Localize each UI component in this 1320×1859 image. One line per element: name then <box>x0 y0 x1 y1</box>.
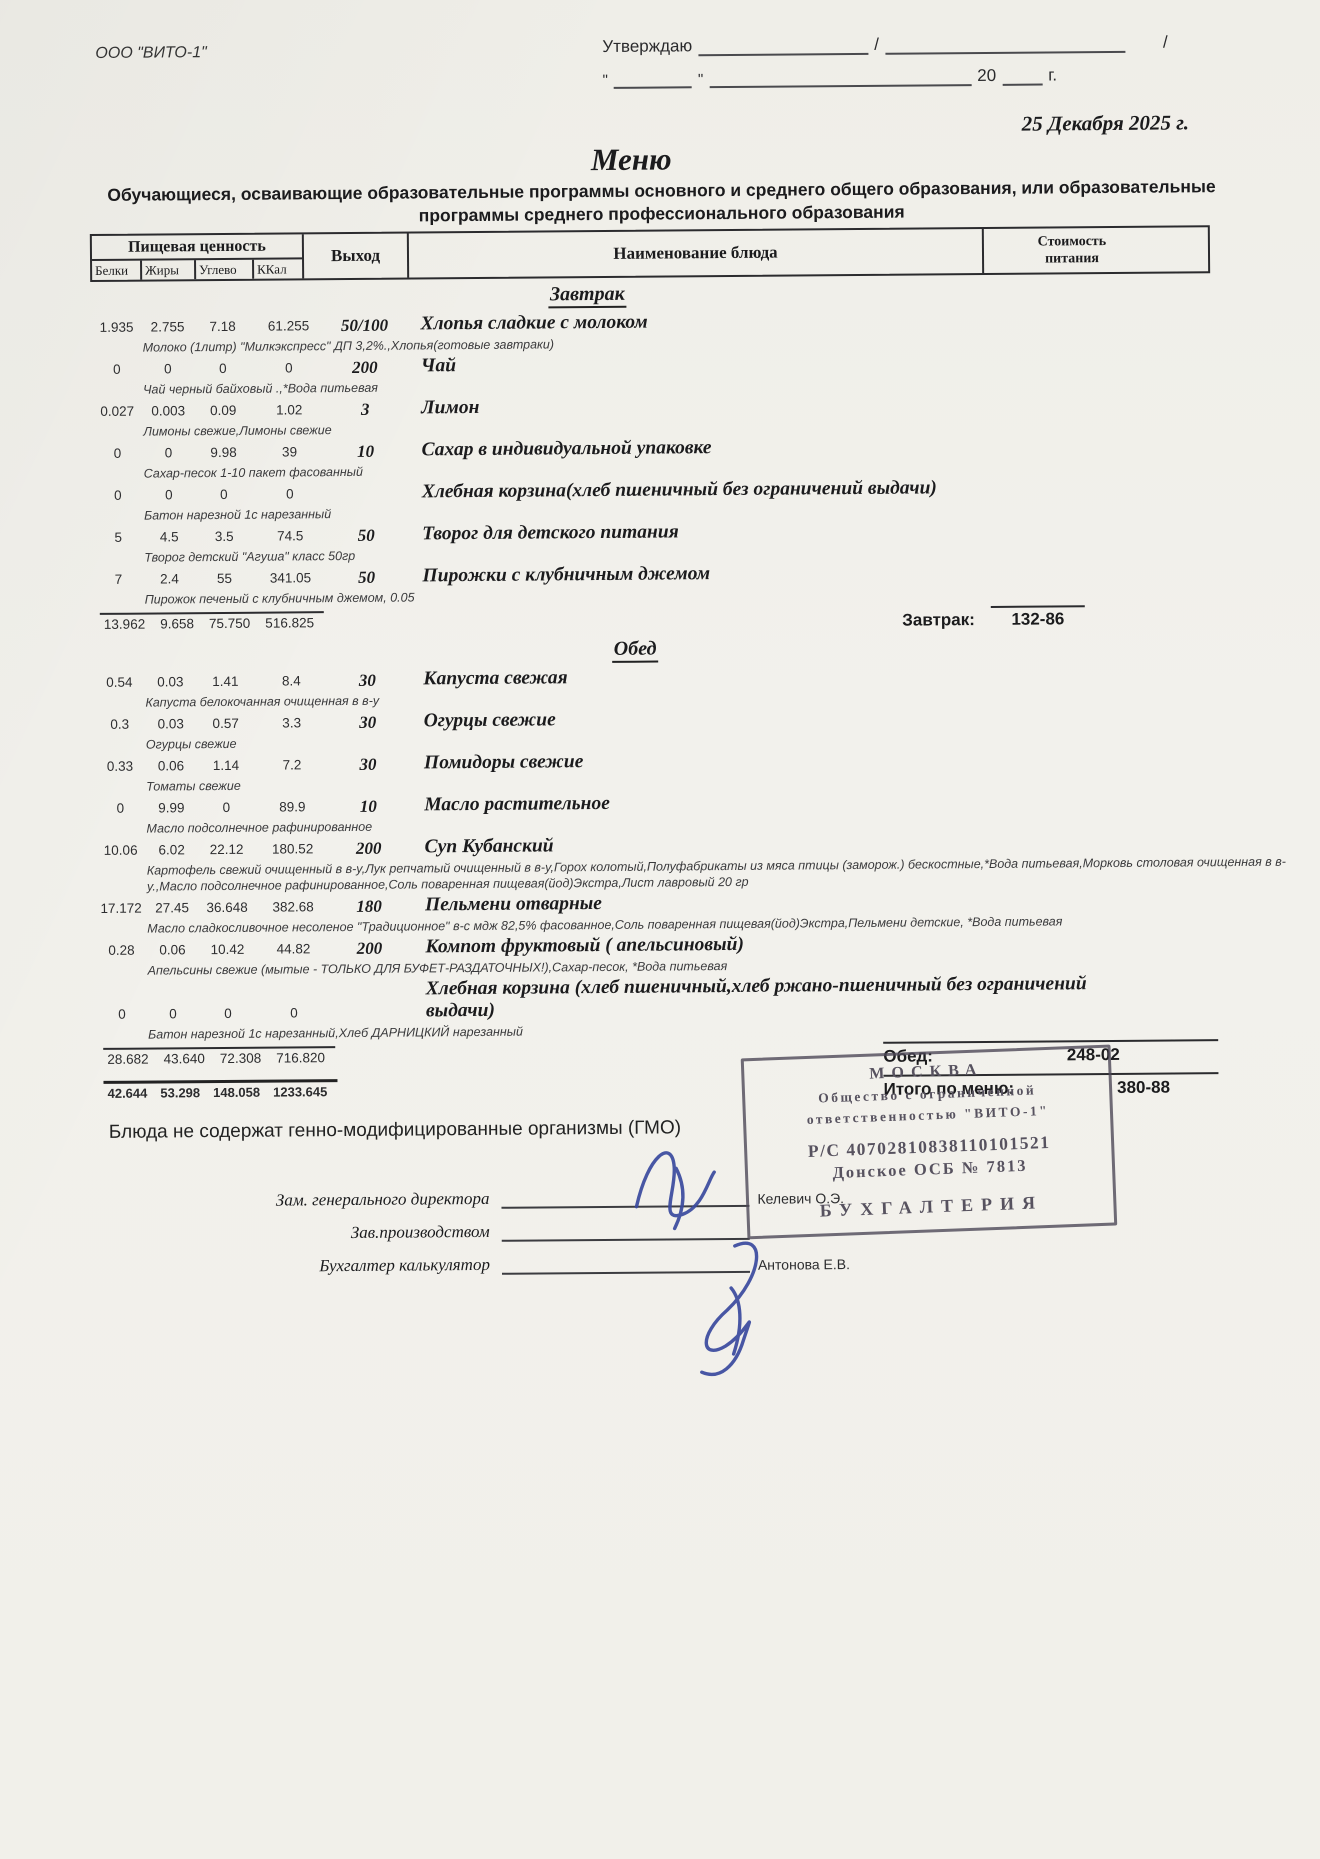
column-header-dish: Наименование блюда <box>409 229 984 278</box>
output-value: 3 <box>325 399 405 421</box>
year-prefix: 20 <box>977 66 996 86</box>
nutrition-fat-value: 2.4 <box>144 569 194 589</box>
blank-line <box>614 72 692 89</box>
nutrition-carb-value: 0 <box>194 485 254 505</box>
breakfast-totals: 13.962 9.658 75.750 516.825 <box>100 611 324 632</box>
nutrition-protein-value: 0 <box>96 1005 148 1025</box>
nutrition-carb-value: 22.12 <box>197 840 257 860</box>
approve-label: Утверждаю <box>602 36 692 57</box>
signature-label: Зав.производством <box>10 1222 502 1246</box>
nutrition-protein-value: 0.3 <box>94 715 146 735</box>
grand-totals: 42.644 53.298 148.058 1233.645 <box>103 1079 337 1101</box>
nutrition-carb-value: 0 <box>193 359 253 379</box>
nutrition-fat-value: 0.03 <box>146 714 196 734</box>
nutrition-kcal-value: 61.255 <box>252 316 324 337</box>
nutrition-protein-value: 0.28 <box>95 941 147 961</box>
top-band: ООО "ВИТО-1" Утверждаю / / " " 20 г. <box>0 0 1320 94</box>
output-value: 200 <box>329 938 409 960</box>
scanned-menu-page: ООО "ВИТО-1" Утверждаю / / " " 20 г. <box>0 0 1320 1859</box>
signature-label: Бухгалтер калькулятор <box>10 1255 502 1279</box>
menu-table-header: Пищевая ценность Белки Жиры Углево ККал … <box>90 225 1210 282</box>
breakfast-price-value: 132-86 <box>991 605 1085 630</box>
dish-name: Пельмени отварные <box>409 889 1125 917</box>
nutrition-protein-value: 0.33 <box>94 757 146 777</box>
nutrition-fat-value: 0.06 <box>146 756 196 776</box>
dish-name: Сахар в индивидуальной упаковке <box>405 434 1121 462</box>
column-header-protein: Белки <box>92 261 142 280</box>
nutrition-protein-value: 0 <box>94 799 146 819</box>
nutrition-fat-value: 0 <box>148 1004 198 1024</box>
dish-name: Лимон <box>405 392 1121 420</box>
nutrition-carb-value: 0.09 <box>193 401 253 421</box>
output-value <box>326 504 406 505</box>
dish-name: Хлебная корзина(хлеб пшеничный без огран… <box>406 476 1122 504</box>
output-value: 200 <box>325 357 405 379</box>
column-header-kcal: ККал <box>254 260 304 279</box>
nutrition-fat-value: 4.5 <box>144 527 194 547</box>
dish-name: Пирожки с клубничным джемом <box>406 560 1122 588</box>
quote-mark: " <box>603 72 608 89</box>
document-date: 25 Декабря 2025 г. <box>1 83 1320 144</box>
nutrition-protein-value: 0 <box>91 360 143 380</box>
slash: / <box>1163 33 1168 53</box>
nutrition-protein-value: 10.06 <box>95 841 147 861</box>
output-value: 10 <box>325 441 405 463</box>
column-header-output: Выход <box>304 234 409 279</box>
nutrition-kcal-value: 89.9 <box>256 797 328 818</box>
nutrition-fat-value: 27.45 <box>147 898 197 918</box>
nutrition-fat-value: 2.755 <box>142 317 192 337</box>
dish-name: Огурцы свежие <box>408 705 1124 733</box>
nutrition-kcal-value: 1.02 <box>253 400 325 421</box>
dish-name: Компот фруктовый ( апельсиновый) <box>409 931 1125 959</box>
nutrition-protein-value: 1.935 <box>90 318 142 338</box>
nutrition-protein-value: 0.54 <box>93 673 145 693</box>
section-title-breakfast: Завтрак <box>2 278 1320 311</box>
dish-name: Капуста свежая <box>407 663 1123 691</box>
nutrition-kcal-value: 382.68 <box>257 897 329 918</box>
nutrition-protein-value: 0 <box>91 444 143 464</box>
column-header-cost: Стоимость питания <box>984 227 1212 273</box>
nutrition-carb-value: 10.42 <box>197 940 257 960</box>
quote-mark: " <box>698 71 703 88</box>
nutrition-carb-value: 1.41 <box>195 672 255 692</box>
dish-name: Помидоры свежие <box>408 747 1124 775</box>
nutrition-fat-value: 0 <box>144 485 194 505</box>
column-header-fat: Жиры <box>142 260 196 279</box>
nutrition-protein-value: 7 <box>92 570 144 590</box>
output-value: 180 <box>329 896 409 918</box>
nutrition-carb-value: 0 <box>196 798 256 818</box>
lunch-totals: 28.682 43.640 72.308 716.820 <box>103 1046 335 1067</box>
nutrition-kcal-value: 39 <box>253 442 325 463</box>
handwritten-signature <box>584 1127 836 1389</box>
dish-name: Чай <box>405 350 1121 378</box>
nutrition-carb-value: 36.648 <box>197 898 257 918</box>
nutrition-kcal-value: 0 <box>253 358 325 379</box>
nutrition-kcal-value: 0 <box>258 1003 330 1024</box>
nutrition-kcal-value: 180.52 <box>257 839 329 860</box>
output-value: 50 <box>326 567 406 589</box>
section-breakfast: Завтрак 1.935 2.755 7.18 61.255 50/100 Х… <box>2 278 1320 638</box>
nutrition-carb-value: 7.18 <box>192 317 252 337</box>
nutrition-fat-value: 0.03 <box>145 672 195 692</box>
output-value: 50 <box>326 525 406 547</box>
nutrition-protein-value: 0 <box>92 486 144 506</box>
nutrition-kcal-value: 7.2 <box>256 755 328 776</box>
dish-name: Масло растительное <box>408 789 1124 817</box>
nutrition-carb-value: 9.98 <box>193 443 253 463</box>
slash: / <box>874 35 879 55</box>
blank-line <box>698 39 868 56</box>
output-value: 30 <box>328 754 408 776</box>
nutrition-protein-value: 0.027 <box>91 402 143 422</box>
output-value: 30 <box>327 670 407 692</box>
nutrition-carb-value: 0.57 <box>196 714 256 734</box>
breakfast-price-line: Завтрак: 132-86 <box>902 605 1085 630</box>
org-name: ООО "ВИТО-1" <box>95 40 207 63</box>
nutrition-fat-value: 6.02 <box>147 840 197 860</box>
nutrition-carb-value: 1.14 <box>196 756 256 776</box>
dish-name: Творог для детского питания <box>406 518 1122 546</box>
column-header-carbs: Углево <box>196 260 254 279</box>
nutrition-carb-value: 3.5 <box>194 527 254 547</box>
lunch-rows: 0.54 0.03 1.41 8.4 30 Капуста свежая Кап… <box>5 662 1320 1044</box>
output-value: 10 <box>328 796 408 818</box>
nutrition-kcal-value: 341.05 <box>254 568 326 589</box>
breakfast-rows: 1.935 2.755 7.18 61.255 50/100 Хлопья сл… <box>2 307 1320 609</box>
nutrition-fat-value: 0.003 <box>143 401 193 421</box>
output-value: 200 <box>329 838 409 860</box>
nutrition-kcal-value: 74.5 <box>254 526 326 547</box>
year-suffix: г. <box>1048 65 1057 85</box>
output-value: 30 <box>328 712 408 734</box>
nutrition-protein-value: 17.172 <box>95 899 147 919</box>
grand-total-value: 380-88 <box>1103 1078 1183 1099</box>
nutrition-protein-value: 5 <box>92 528 144 548</box>
nutrition-carb-value: 0 <box>198 1004 258 1024</box>
nutrition-fat-value: 9.99 <box>146 798 196 818</box>
nutrition-fat-value: 0.06 <box>147 940 197 960</box>
nutrition-kcal-value: 3.3 <box>256 713 328 734</box>
nutrition-kcal-value: 8.4 <box>255 671 327 692</box>
nutrition-kcal-value: 0 <box>254 484 326 505</box>
blank-line <box>1002 70 1042 86</box>
section-title-lunch: Обед <box>5 633 1320 666</box>
breakfast-price-label: Завтрак: <box>902 610 975 631</box>
column-header-nutrition: Пищевая ценность Белки Жиры Углево ККал <box>92 235 304 281</box>
table-row: 0 0 0 0 Хлебная корзина (хлеб пшеничный,… <box>8 971 1320 1043</box>
page-subtitle: Обучающиеся, осваивающие образовательные… <box>96 175 1226 230</box>
nutrition-carb-value: 55 <box>194 569 254 589</box>
nutrition-fat-value: 0 <box>143 443 193 463</box>
blank-line <box>709 70 971 88</box>
section-lunch: Обед 0.54 0.03 1.41 8.4 30 Капуста свежа… <box>5 633 1320 1107</box>
output-value <box>330 1023 410 1024</box>
nutrition-fat-value: 0 <box>143 359 193 379</box>
approve-block: Утверждаю / / " " 20 г. <box>602 32 1202 89</box>
signature-label: Зам. генерального директора <box>9 1189 501 1213</box>
table-row: 10.06 6.02 22.12 180.52 200 Суп Кубански… <box>7 829 1320 895</box>
blank-line <box>885 37 1125 55</box>
output-value: 50/100 <box>324 315 404 337</box>
dish-name: Суп Кубанский <box>409 831 1125 859</box>
dish-name: Хлопья сладкие с молоком <box>404 308 1120 336</box>
dish-name: Хлебная корзина (хлеб пшеничный,хлеб ржа… <box>410 973 1126 1023</box>
nutrition-kcal-value: 44.82 <box>257 939 329 960</box>
